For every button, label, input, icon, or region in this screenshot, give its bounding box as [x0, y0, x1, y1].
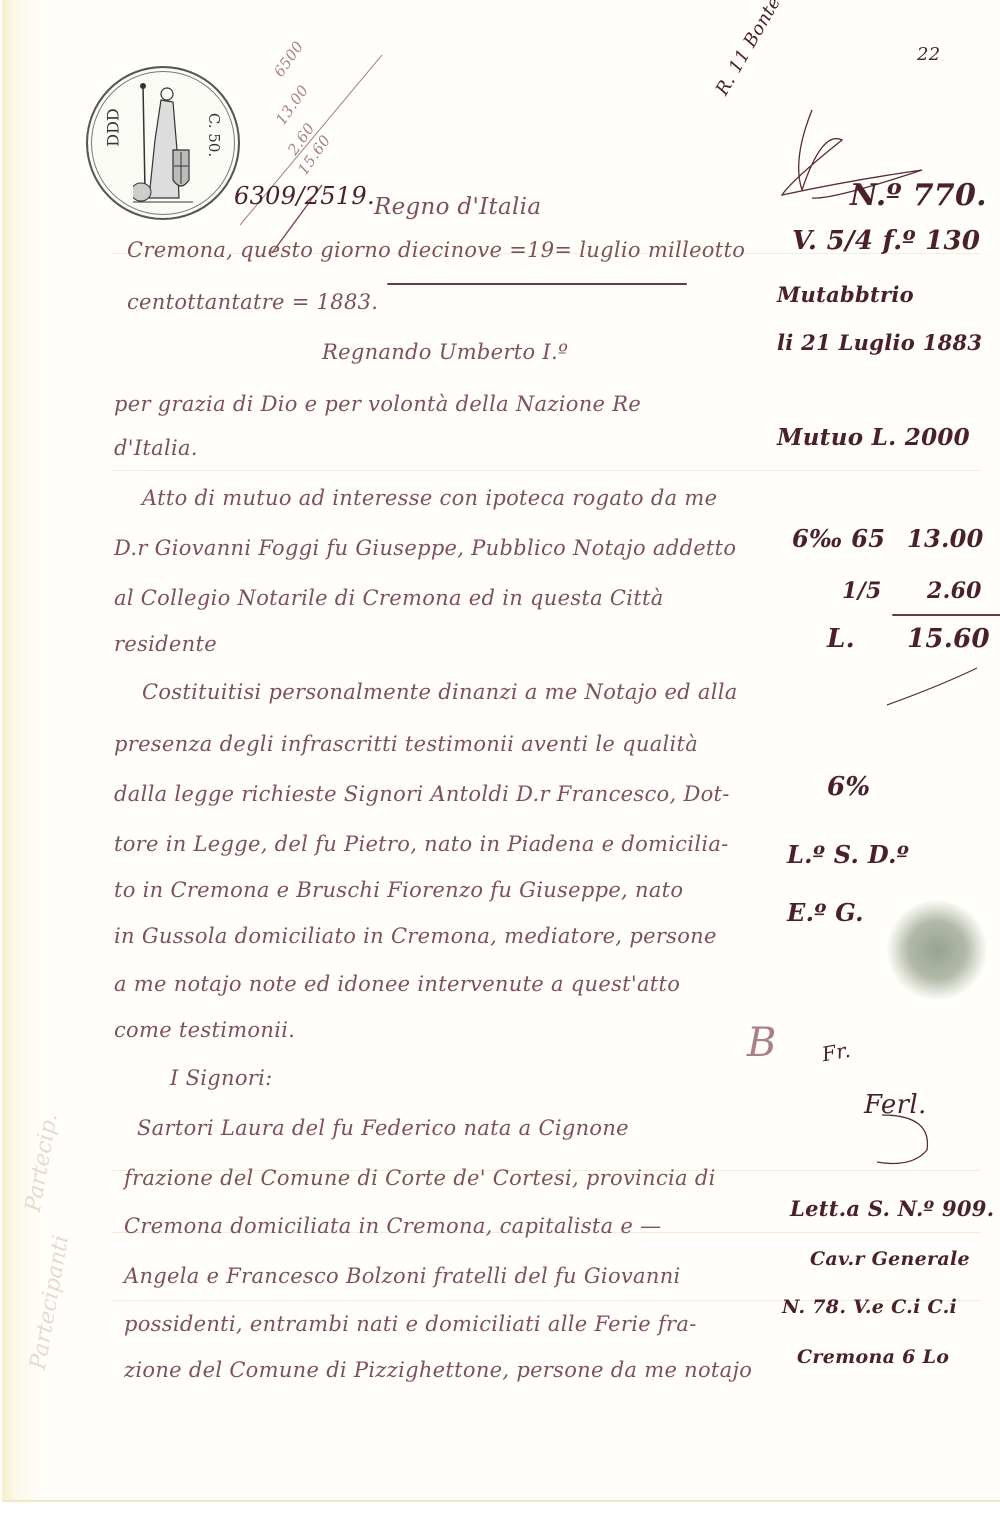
body-line-5: d'Italia. [114, 436, 198, 460]
initials-2: Fr. [820, 1038, 852, 1067]
body-line-1: Cremona, questo giorno diecinove =19= lu… [127, 238, 745, 262]
transcription-line-3: N. 78. V.e C.i C.i [782, 1296, 957, 1318]
volume-folio: V. 5/4 f.º 130 [792, 226, 980, 256]
body-line-19: Sartori Laura del fu Federico nata a Cig… [137, 1116, 629, 1140]
document-page: DDD C. 50. 6500 13.00 2.60 15.60 22 6309… [2, 0, 1000, 1502]
initials-1: B [747, 1020, 777, 1066]
fee-amount-total: 15.60 [907, 624, 990, 654]
loan-amount: Mutuo L. 2000 [777, 424, 970, 451]
body-line-7: D.r Giovanni Foggi fu Giuseppe, Pubblico… [114, 536, 736, 560]
seal-right-text: C. 50. [205, 113, 223, 157]
body-line-15: in Gussola domiciliato in Cremona, media… [114, 924, 717, 948]
abbreviation-1: L.º S. D.º [787, 840, 909, 869]
faint-margin-note-2: Partecipanti [26, 1233, 74, 1371]
interest-rate: 6% [827, 772, 870, 802]
fee-amount-2: 2.60 [927, 578, 982, 604]
faint-margin-note-1: Partecip. [21, 1111, 63, 1214]
body-line-13: tore in Legge, del fu Pietro, nato in Pi… [114, 832, 729, 856]
body-line-6: Atto di mutuo ad interesse con ipoteca r… [142, 486, 717, 510]
body-line-17: come testimonii. [114, 1018, 295, 1042]
diagonal-line-icon [232, 55, 392, 255]
body-line-12: dalla legge richieste Signori Antoldi D.… [114, 782, 730, 806]
fee-label-1: 6‰ 65 [792, 524, 885, 553]
registered-date: li 21 Luglio 1883 [777, 330, 982, 355]
body-line-9: residente [114, 632, 217, 656]
body-line-24: zione del Comune di Pizzighettone, perso… [124, 1358, 752, 1382]
signature-top: R. 11 Bontempi [712, 0, 803, 99]
transcription-line-4: Cremona 6 Lo [797, 1346, 949, 1368]
abbreviation-2: E.º G. [787, 898, 864, 927]
signature-loop-icon [872, 1110, 942, 1170]
transcription-line-1: Lett.a S. N.º 909. [790, 1196, 994, 1221]
reference-number: 6309/2519. [234, 182, 375, 210]
page-number: 22 [917, 44, 941, 65]
body-line-4: per grazia di Dio e per volontà della Na… [114, 392, 641, 416]
registered-label: Mutabbtrio [777, 282, 914, 307]
heading-regno-ditalia: Regno d'Italia [374, 194, 541, 220]
body-line-11: presenza degli infrascritti testimonii a… [114, 732, 698, 756]
ruled-line [112, 470, 980, 471]
registry-office-stamp [887, 900, 987, 1000]
body-line-8: al Collegio Notarile di Cremona ed in qu… [114, 586, 664, 610]
body-line-22: Angela e Francesco Bolzoni fratelli del … [124, 1264, 681, 1288]
body-line-14: to in Cremona e Bruschi Fiorenzo fu Gius… [114, 878, 683, 902]
body-line-23: possidenti, entrambi nati e domiciliati … [124, 1312, 697, 1336]
body-line-10: Costituitisi personalmente dinanzi a me … [142, 680, 738, 704]
registration-number: N.º 770. [850, 178, 987, 213]
body-line-16: a me notajo note ed idonee intervenute a… [114, 972, 680, 996]
body-line-2: centottantatre = 1883. [127, 290, 378, 314]
date-underline [387, 283, 687, 285]
body-line-20: frazione del Comune di Corte de' Cortesi… [124, 1166, 716, 1190]
revenue-stamp-seal: DDD C. 50. [86, 66, 240, 220]
transcription-line-2: Cav.r Generale [810, 1248, 970, 1270]
body-line-18: I Signori: [170, 1066, 273, 1090]
fee-label-2: 1/5 [842, 578, 882, 604]
italia-allegory-icon [133, 80, 193, 206]
fee-amount-1: 13.00 [907, 524, 984, 553]
closing-stroke-icon [882, 660, 982, 720]
fee-label-total: L. [827, 624, 855, 654]
body-line-3: Regnando Umberto I.º [322, 340, 568, 364]
body-line-21: Cremona domiciliata in Cremona, capitali… [124, 1214, 661, 1238]
seal-left-text: DDD [104, 108, 123, 146]
sum-line [892, 614, 1000, 616]
